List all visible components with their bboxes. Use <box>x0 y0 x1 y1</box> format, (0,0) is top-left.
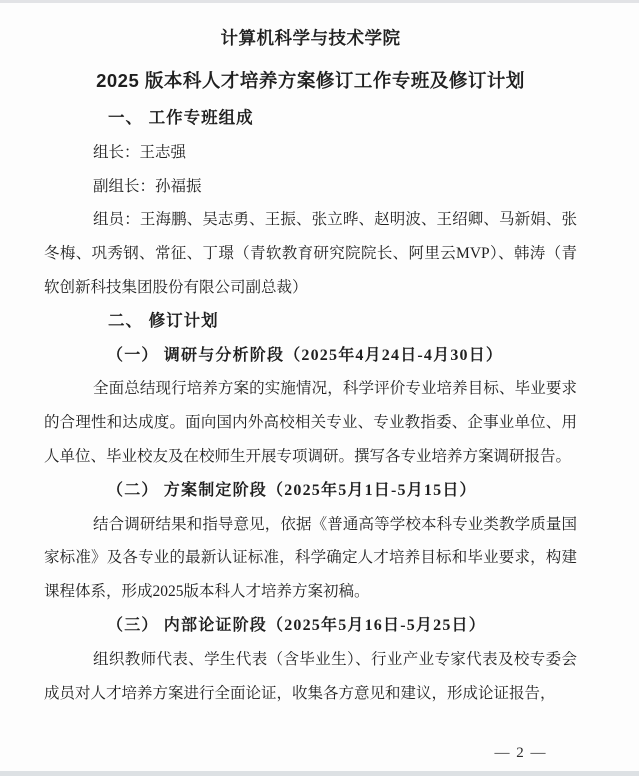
top-edge-divider <box>0 0 639 3</box>
section-1-heading: 一、 工作专班组成 <box>44 102 577 136</box>
group-members-paragraph: 组员：王海鹏、吴志勇、王振、张立晔、赵明波、王绍卿、马新娟、张冬梅、巩秀钢、常征… <box>44 203 577 304</box>
page-number: — 2 — <box>495 745 548 762</box>
group-leader-line: 组长：王志强 <box>44 136 577 170</box>
phase-1-body-paragraph: 全面总结现行培养方案的实施情况，科学评价专业培养目标、毕业要求的合理性和达成度。… <box>44 372 577 473</box>
deputy-leader-line: 副组长：孙福振 <box>44 170 577 204</box>
document-page: 计算机科学与技术学院 2025 版本科人才培养方案修订工作专班及修订计划 一、 … <box>0 0 639 776</box>
phase-1-heading: （一） 调研与分析阶段（2025年4月24日-4月30日） <box>44 339 577 373</box>
document-subtitle: 2025 版本科人才培养方案修订工作专班及修订计划 <box>44 70 577 91</box>
bottom-edge-divider <box>0 771 639 776</box>
phase-3-body-paragraph: 组织教师代表、学生代表（含毕业生）、行业产业专家代表及校专委会成员对人才培养方案… <box>44 643 577 711</box>
phase-3-heading: （三） 内部论证阶段（2025年5月16日-5月25日） <box>44 609 577 643</box>
phase-2-body-paragraph: 结合调研结果和指导意见，依据《普通高等学校本科专业类教学质量国家标准》及各专业的… <box>44 508 577 609</box>
section-2-heading: 二、 修订计划 <box>44 305 577 339</box>
document-title: 计算机科学与技术学院 <box>44 28 577 48</box>
phase-2-heading: （二） 方案制定阶段（2025年5月1日-5月15日） <box>44 474 577 508</box>
